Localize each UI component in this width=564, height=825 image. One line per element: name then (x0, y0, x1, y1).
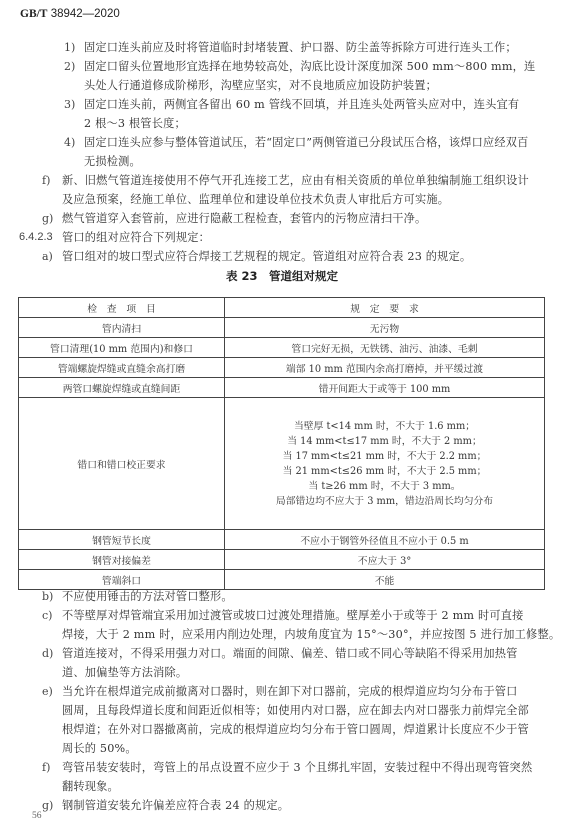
item-c-line: 焊接，大于 2 mm 时，应采用内削边处理，内坡角度宜为 15°～30°，并应按… (62, 628, 560, 642)
column-header: 规 定 要 求 (225, 298, 545, 318)
item-d-line: 道、加偏垫等方法消除。 (62, 666, 187, 680)
clause-text: 管口的组对应符合下列规定： (62, 231, 210, 245)
requirement-line: 当 21 mm<t≤26 mm 时，不大于 2.5 mm； (225, 464, 544, 479)
check-item-cell: 管端斜口 (19, 570, 225, 590)
table-row: 管内清扫 无污物 (19, 318, 545, 338)
page-number: 56 (32, 811, 42, 821)
pipe-alignment-table: 检 查 项 目 规 定 要 求 管内清扫 无污物 管口清理(10 mm 范围内)… (18, 297, 545, 590)
item-marker: f) (42, 761, 50, 774)
item-c-line: 不等壁厚对焊管端宜采用加过渡管或坡口过渡处理措施。壁厚差小于或等于 2 mm 时… (62, 609, 524, 623)
clause-number: 6.4.2.3 (19, 231, 53, 243)
requirement-cell: 不应小于钢管外径值且不应小于 0.5 m (225, 530, 545, 550)
item-g2-line: 钢制管道安装允许偏差应符合表 24 的规定。 (62, 799, 289, 813)
table-row: 钢管对接偏差 不应大于 3° (19, 550, 545, 570)
requirement-line: 当 17 mm<t≤21 mm 时，不大于 2.2 mm； (225, 449, 544, 464)
table-row: 管口清理(10 mm 范围内)和修口 管口完好无损，无铁锈、油污、油漆、毛刺 (19, 338, 545, 358)
item-marker: d) (42, 647, 53, 660)
item-3-line: 2 根～3 根管长度； (84, 117, 186, 131)
check-item-cell: 钢管对接偏差 (19, 550, 225, 570)
requirement-line: 当 14 mm<t≤17 mm 时，不大于 2 mm； (225, 434, 544, 449)
item-a-line: 管口组对的坡口型式应符合焊接工艺规程的规定。管道组对应符合表 23 的规定。 (62, 250, 471, 264)
standard-number: 38942—2020 (51, 8, 120, 20)
column-header: 检 查 项 目 (19, 298, 225, 318)
item-2-line: 头处人行通道修成阶梯形，沟壁应坚实，对不良地质应加设防护装置； (84, 79, 437, 93)
item-4-line: 固定口连头应参与整体管道试压，若“固定口”两侧管道已分段试压合格，该焊口应经双百 (84, 136, 529, 150)
item-marker: 3) (64, 98, 75, 111)
item-marker: 4) (64, 136, 75, 149)
check-item-cell: 管口清理(10 mm 范围内)和修口 (19, 338, 225, 358)
requirement-line: 局部错边均不应大于 3 mm，错边沿周长均匀分布 (225, 494, 544, 509)
item-3-line: 固定口连头前，两侧宜各留出 60 m 管线不回填，并且连头处两管头应对中，连头宜… (84, 98, 519, 112)
item-marker: a) (42, 250, 53, 263)
item-marker: f) (42, 174, 50, 187)
item-e-line: 根焊道；在外对口器撤离前，完成的根焊道应均匀分布于管口圆周，焊道累计长度应不少于… (62, 723, 529, 737)
table-row: 错口和错口校正要求 当壁厚 t<14 mm 时，不大于 1.6 mm； 当 14… (19, 398, 545, 530)
check-item-cell: 钢管短节长度 (19, 530, 225, 550)
check-item-cell: 两管口螺旋焊缝或直缝间距 (19, 378, 225, 398)
item-d-line: 管道连接对，不得采用强力对口。端面的间隙、偏差、错口或不同心等缺陷不得采用加热管 (62, 647, 518, 661)
item-marker: 1) (64, 41, 75, 54)
requirement-cell: 不应大于 3° (225, 550, 545, 570)
item-marker: 2) (64, 60, 75, 73)
item-marker: g) (42, 799, 53, 812)
table-title: 表 23 管道组对规定 (0, 268, 564, 284)
table-row: 两管口螺旋焊缝或直缝间距 错开间距大于或等于 100 mm (19, 378, 545, 398)
table-row: 钢管短节长度 不应小于钢管外径值且不应小于 0.5 m (19, 530, 545, 550)
item-e-line: 周长的 50%。 (62, 742, 137, 756)
item-f2-line: 弯管吊装安装时，弯管上的吊点设置不应少于 3 个且绑扎牢固，安装过程中不得出现弯… (62, 761, 532, 775)
item-f2-line: 翻转现象。 (62, 780, 119, 794)
requirement-line: 当 t≥26 mm 时，不大于 3 mm。 (225, 479, 544, 494)
item-g-line: 燃气管道穿入套管前，应进行隐蔽工程检查，套管内的污物应清扫干净。 (62, 212, 426, 226)
document-header: GB/T 38942—2020 (20, 8, 120, 20)
item-1-line: 固定口连头前应及时将管道临时封堵装置、护口器、防尘盖等拆除方可进行连头工作； (84, 41, 517, 55)
item-f-line: 新、旧燃气管道连接使用不停气开孔连接工艺，应由有相关资质的单位单独编制施工组织设… (62, 174, 529, 188)
item-e-line: 当允许在根焊道完成前撤离对口器时，则在卸下对口器前，完成的根焊道应均匀分布于管口 (62, 685, 518, 699)
requirement-line: 当壁厚 t<14 mm 时，不大于 1.6 mm； (225, 419, 544, 434)
check-item-cell: 管内清扫 (19, 318, 225, 338)
item-marker: e) (42, 685, 53, 698)
requirement-cell: 不能 (225, 570, 545, 590)
requirement-cell: 错开间距大于或等于 100 mm (225, 378, 545, 398)
item-4-line: 无损检测。 (84, 155, 141, 169)
item-marker: b) (42, 590, 53, 603)
item-f-line: 及应急预案，经施工单位、监理单位和建设单位技术负责人审批后方可实施。 (62, 193, 449, 207)
item-marker: c) (42, 609, 52, 622)
table-header-row: 检 查 项 目 规 定 要 求 (19, 298, 545, 318)
requirement-cell: 管口完好无损，无铁锈、油污、油漆、毛刺 (225, 338, 545, 358)
item-marker: g) (42, 212, 53, 225)
requirement-cell: 端部 10 mm 范围内余高打磨掉，并平缓过渡 (225, 358, 545, 378)
item-e-line: 圆周，且每段焊道长度和间距近似相等；如使用内对口器，应在卸去内对口器张力前焊完全… (62, 704, 529, 718)
table-row: 管端螺旋焊缝或直缝余高打磨 端部 10 mm 范围内余高打磨掉，并平缓过渡 (19, 358, 545, 378)
table-row: 管端斜口 不能 (19, 570, 545, 590)
requirement-cell: 当壁厚 t<14 mm 时，不大于 1.6 mm； 当 14 mm<t≤17 m… (225, 398, 545, 530)
check-item-cell: 管端螺旋焊缝或直缝余高打磨 (19, 358, 225, 378)
item-b-line: 不应使用锤击的方法对管口整形。 (62, 590, 233, 604)
standard-prefix: GB/T (20, 8, 47, 20)
check-item-cell: 错口和错口校正要求 (19, 398, 225, 530)
requirement-cell: 无污物 (225, 318, 545, 338)
item-2-line: 固定口留头位置地形宜选择在地势较高处，沟底比设计深度加深 500 mm～800 … (84, 60, 535, 74)
